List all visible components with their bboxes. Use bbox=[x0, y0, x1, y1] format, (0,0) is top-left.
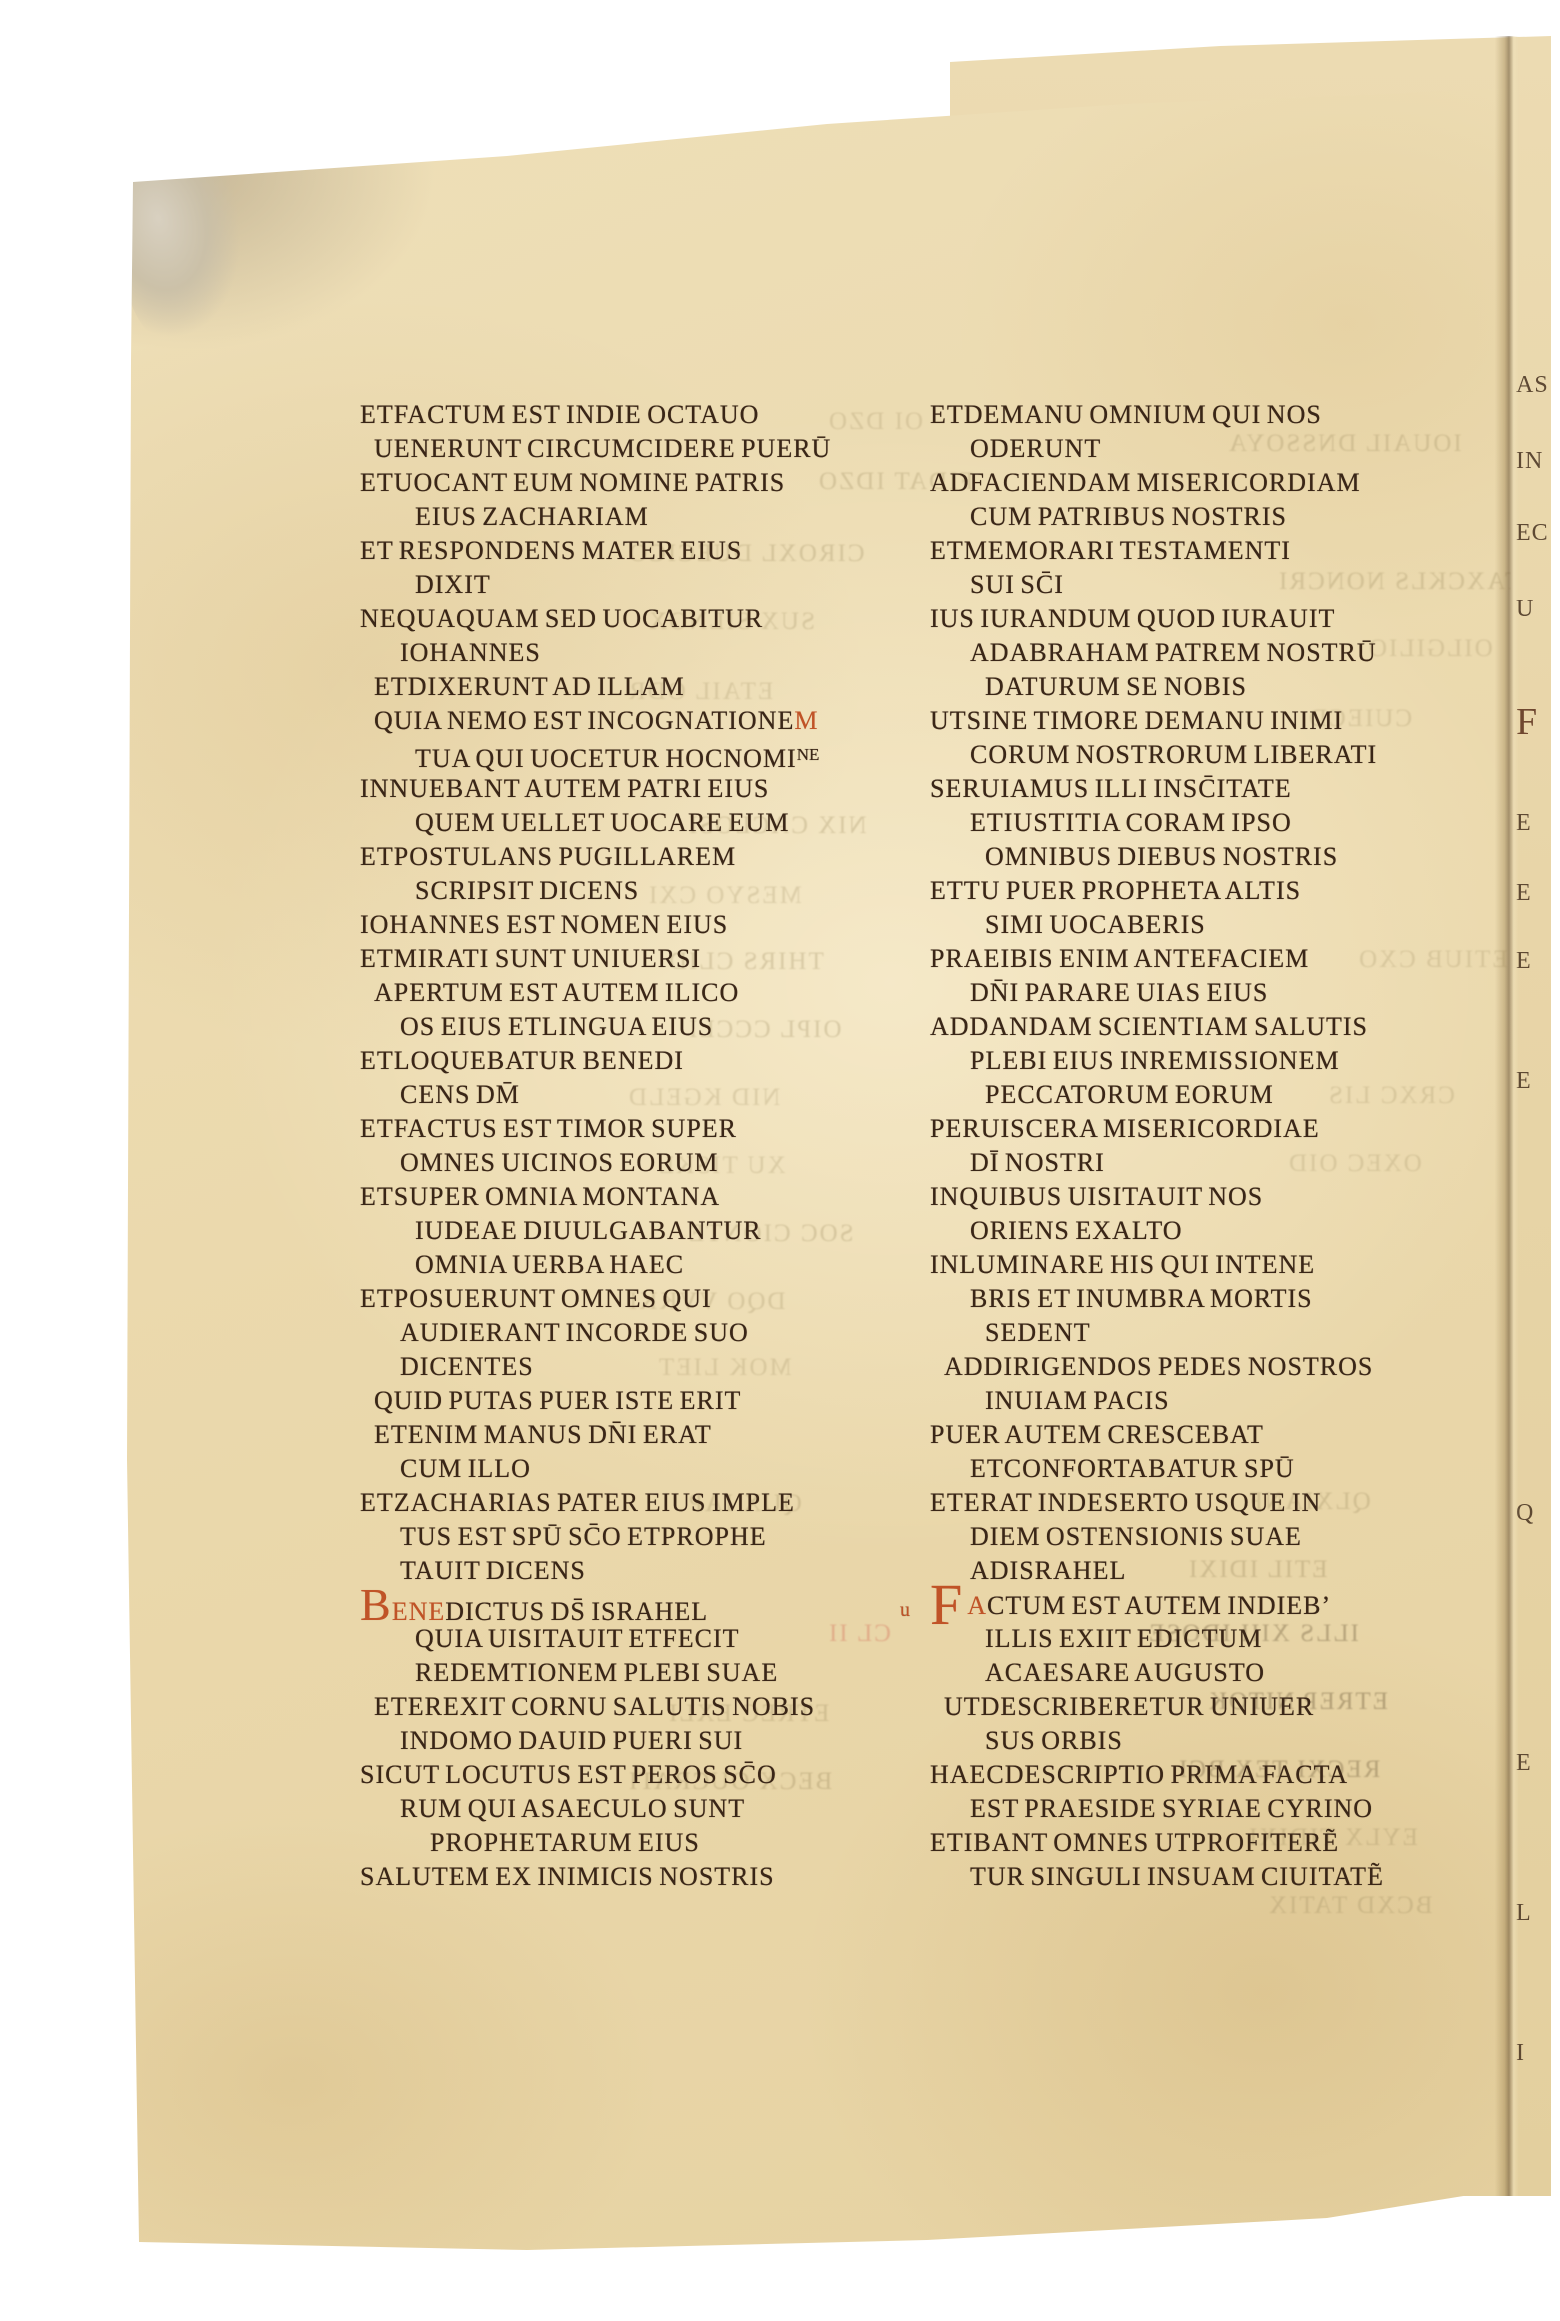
ink-text: ADDANDAM SCIENTIAM SALUTIS bbox=[930, 1012, 1368, 1041]
manuscript-line: QUEM UELLET UOCARE EUM bbox=[360, 806, 920, 840]
manuscript-line: ETZACHARIAS PATER EIUS IMPLE bbox=[360, 1486, 920, 1520]
manuscript-line: ETIBANT OMNES UTPROFITERẼ bbox=[930, 1826, 1490, 1860]
manuscript-line: DĪ NOSTRI bbox=[930, 1146, 1490, 1180]
ink-text: ETIBANT OMNES UTPROFITERẼ bbox=[930, 1828, 1339, 1857]
ink-text: ORIENS EXALTO bbox=[970, 1216, 1183, 1245]
manuscript-line: ETFACTUS EST TIMOR SUPER bbox=[360, 1112, 920, 1146]
ink-text: SEDENT bbox=[985, 1318, 1091, 1347]
manuscript-line: IUDEAE DIUULGABANTUR bbox=[360, 1214, 920, 1248]
manuscript-line: OMNIA UERBA HAEC bbox=[360, 1248, 920, 1282]
manuscript-line: NEQUAQUAM SED UOCABITUR bbox=[360, 602, 920, 636]
manuscript-page: ETFACTUM EST INDIE OCTAUOUENERUNT CIRCUM… bbox=[127, 60, 1513, 2256]
ink-text: OMNIBUS DIEBUS NOSTRIS bbox=[985, 842, 1338, 871]
ink-text: QUEM UELLET UOCARE EUM bbox=[415, 808, 789, 837]
ink-text: ETTU PUER PROPHETA ALTIS bbox=[930, 876, 1301, 905]
manuscript-line: PUER AUTEM CRESCEBAT bbox=[930, 1418, 1490, 1452]
ink-text: SIMI UOCABERIS bbox=[985, 910, 1206, 939]
manuscript-line: ADFACIENDAM MISERICORDIAM bbox=[930, 466, 1490, 500]
manuscript-line: TAUIT DICENS bbox=[360, 1554, 920, 1588]
ink-text: CORUM NOSTRORUM LIBERATI bbox=[970, 740, 1377, 769]
manuscript-line: REDEMTIONEM PLEBI SUAE bbox=[360, 1656, 920, 1690]
manuscript-line: AUDIERANT INCORDE SUO bbox=[360, 1316, 920, 1350]
manuscript-line: PERUISCERA MISERICORDIAE bbox=[930, 1112, 1490, 1146]
manuscript-line: INNUEBANT AUTEM PATRI EIUS bbox=[360, 772, 920, 806]
manuscript-line: ADISRAHEL bbox=[930, 1554, 1490, 1588]
manuscript-line: ETERAT INDESERTO USQUE IN bbox=[930, 1486, 1490, 1520]
manuscript-line: EST PRAESIDE SYRIAE CYRINO bbox=[930, 1792, 1490, 1826]
ink-text: PUER AUTEM CRESCEBAT bbox=[930, 1420, 1264, 1449]
manuscript-line: SERUIAMUS ILLI INSC̄ITATE bbox=[930, 772, 1490, 806]
manuscript-line: ADABRAHAM PATREM NOSTRŪ bbox=[930, 636, 1490, 670]
manuscript-line: SCRIPSIT DICENS bbox=[360, 874, 920, 908]
manuscript-line: IOHANNES EST NOMEN EIUS bbox=[360, 908, 920, 942]
ink-text: ETEREXIT CORNU SALUTIS NOBIS bbox=[374, 1692, 815, 1721]
manuscript-line: ETLOQUEBATUR BENEDI bbox=[360, 1044, 920, 1078]
ink-text: PECCATORUM EORUM bbox=[985, 1080, 1274, 1109]
ink-text: SALUTEM EX INIMICIS NOSTRIS bbox=[360, 1862, 775, 1891]
ink-text: NE bbox=[797, 745, 820, 764]
ink-text: ETSUPER OMNIA MONTANA bbox=[360, 1182, 720, 1211]
ink-text: ETLOQUEBATUR BENEDI bbox=[360, 1046, 684, 1075]
manuscript-line: ILLIS EXIIT EDICTUM bbox=[930, 1622, 1490, 1656]
ink-text: IUDEAE DIUULGABANTUR bbox=[415, 1216, 762, 1245]
manuscript-line: DN̄I PARARE UIAS EIUS bbox=[930, 976, 1490, 1010]
manuscript-line: QUID PUTAS PUER ISTE ERIT bbox=[360, 1384, 920, 1418]
manuscript-line: INDOMO DAUID PUERI SUI bbox=[360, 1724, 920, 1758]
ink-text: ETFACTUM EST INDIE OCTAUO bbox=[360, 400, 759, 429]
manuscript-line: APERTUM EST AUTEM ILICO bbox=[360, 976, 920, 1010]
ink-text: UTSINE TIMORE DEMANU INIMI bbox=[930, 706, 1343, 735]
manuscript-line: uFACTUM EST AUTEM INDIEB’ bbox=[930, 1588, 1490, 1622]
ink-text: PERUISCERA MISERICORDIAE bbox=[930, 1114, 1320, 1143]
manuscript-line: ETCONFORTABATUR SPŪ bbox=[930, 1452, 1490, 1486]
ink-text: INNUEBANT AUTEM PATRI EIUS bbox=[360, 774, 769, 803]
manuscript-line: RUM QUI ASAECULO SUNT bbox=[360, 1792, 920, 1826]
ink-text: SCRIPSIT DICENS bbox=[415, 876, 639, 905]
manuscript-line: ETDEMANU OMNIUM QUI NOS bbox=[930, 398, 1490, 432]
manuscript-line: PLEBI EIUS INREMISSIONEM bbox=[930, 1044, 1490, 1078]
ink-text: ETPOSTULANS PUGILLAREM bbox=[360, 842, 736, 871]
next-folio-letter: F bbox=[1516, 700, 1538, 744]
ink-text: ETFACTUS EST TIMOR SUPER bbox=[360, 1114, 737, 1143]
ink-text: CUM ILLO bbox=[400, 1454, 531, 1483]
manuscript-line: SUS ORBIS bbox=[930, 1724, 1490, 1758]
ink-text: CTUM EST AUTEM INDIEB’ bbox=[987, 1591, 1331, 1620]
ink-text: NEQUAQUAM SED UOCABITUR bbox=[360, 604, 763, 633]
ink-text: ETUOCANT EUM NOMINE PATRIS bbox=[360, 468, 785, 497]
ink-text: DIXIT bbox=[415, 570, 491, 599]
ink-text: ETIUSTITIA CORAM IPSO bbox=[970, 808, 1292, 837]
ink-text: QUIA UISITAUIT ETFECIT bbox=[415, 1624, 740, 1653]
ink-text: ADISRAHEL bbox=[970, 1556, 1126, 1585]
ink-text: UENERUNT CIRCUMCIDERE PUERŪ bbox=[374, 434, 831, 463]
ink-text: INQUIBUS UISITAUIT NOS bbox=[930, 1182, 1263, 1211]
ink-text: ETMEMORARI TESTAMENTI bbox=[930, 536, 1291, 565]
ink-text: SERUIAMUS ILLI INSC̄ITATE bbox=[930, 774, 1292, 803]
ink-text: ADDIRIGENDOS PEDES NOSTROS bbox=[944, 1352, 1373, 1381]
ink-text: ILLIS EXIIT EDICTUM bbox=[985, 1624, 1262, 1653]
ink-text: ETERAT INDESERTO USQUE IN bbox=[930, 1488, 1321, 1517]
next-folio-letter: EC bbox=[1516, 520, 1549, 547]
manuscript-line: ETIUSTITIA CORAM IPSO bbox=[930, 806, 1490, 840]
manuscript-line: PECCATORUM EORUM bbox=[930, 1078, 1490, 1112]
ink-text: QUID PUTAS PUER ISTE ERIT bbox=[374, 1386, 741, 1415]
manuscript-line: DICENTES bbox=[360, 1350, 920, 1384]
ink-text: APERTUM EST AUTEM ILICO bbox=[374, 978, 739, 1007]
manuscript-line: OMNIBUS DIEBUS NOSTRIS bbox=[930, 840, 1490, 874]
manuscript-line: CENS DM̄ bbox=[360, 1078, 920, 1112]
manuscript-line: SUI SC̄I bbox=[930, 568, 1490, 602]
ink-text: ETENIM MANUS DN̄I ERAT bbox=[374, 1420, 712, 1449]
ink-text: UTDESCRIBERETUR UNIUER bbox=[944, 1692, 1314, 1721]
manuscript-line: INLUMINARE HIS QUI INTENE bbox=[930, 1248, 1490, 1282]
ink-text: ETCONFORTABATUR SPŪ bbox=[970, 1454, 1295, 1483]
ink-text: ODERUNT bbox=[970, 434, 1101, 463]
manuscript-line: IOHANNES bbox=[360, 636, 920, 670]
manuscript-line: ODERUNT bbox=[930, 432, 1490, 466]
ink-text: DN̄I PARARE UIAS EIUS bbox=[970, 978, 1268, 1007]
manuscript-line: PROPHETARUM EIUS bbox=[360, 1826, 920, 1860]
ink-text: PROPHETARUM EIUS bbox=[430, 1828, 700, 1857]
manuscript-line: QUIA NEMO EST INCOGNATIONEM bbox=[360, 704, 920, 738]
ink-text: OS EIUS ETLINGUA EIUS bbox=[400, 1012, 713, 1041]
manuscript-line: SALUTEM EX INIMICIS NOSTRIS bbox=[360, 1860, 920, 1894]
manuscript-line: ETSUPER OMNIA MONTANA bbox=[360, 1180, 920, 1214]
ink-text: DATURUM SE NOBIS bbox=[985, 672, 1247, 701]
text-column-right: ETDEMANU OMNIUM QUI NOSODERUNTADFACIENDA… bbox=[930, 398, 1490, 1894]
ink-text: AUDIERANT INCORDE SUO bbox=[400, 1318, 749, 1347]
manuscript-line: PRAEIBIS ENIM ANTEFACIEM bbox=[930, 942, 1490, 976]
ink-text: TUS EST SPŪ SC̄O ETPROPHE bbox=[400, 1522, 767, 1551]
ink-text: ETMIRATI SUNT UNIUERSI bbox=[360, 944, 701, 973]
ink-text: ADFACIENDAM MISERICORDIAM bbox=[930, 468, 1361, 497]
manuscript-line: DIXIT bbox=[360, 568, 920, 602]
manuscript-line: BENEDICTUS DS̄ ISRAHEL bbox=[360, 1588, 920, 1622]
ink-text: SICUT LOCUTUS EST PEROS SC̄O bbox=[360, 1760, 777, 1789]
ink-text: TUR SINGULI INSUAM CIUITATẼ bbox=[970, 1862, 1384, 1891]
manuscript-line: ETEREXIT CORNU SALUTIS NOBIS bbox=[360, 1690, 920, 1724]
ink-text: DICENTES bbox=[400, 1352, 534, 1381]
manuscript-line: OS EIUS ETLINGUA EIUS bbox=[360, 1010, 920, 1044]
ink-text: ET RESPONDENS MATER EIUS bbox=[360, 536, 742, 565]
ink-text: QUIA NEMO EST INCOGNATIONE bbox=[374, 706, 794, 735]
ink-text: PRAEIBIS ENIM ANTEFACIEM bbox=[930, 944, 1309, 973]
manuscript-line: ETMEMORARI TESTAMENTI bbox=[930, 534, 1490, 568]
manuscript-line: UENERUNT CIRCUMCIDERE PUERŪ bbox=[360, 432, 920, 466]
manuscript-line: ETPOSTULANS PUGILLAREM bbox=[360, 840, 920, 874]
manuscript-line: DATURUM SE NOBIS bbox=[930, 670, 1490, 704]
manuscript-photo: { "manuscript": { "description_visible_s… bbox=[0, 0, 1560, 2321]
manuscript-line: ETTU PUER PROPHETA ALTIS bbox=[930, 874, 1490, 908]
ink-text: INUIAM PACIS bbox=[985, 1386, 1170, 1415]
rubric-initial: A bbox=[967, 1591, 987, 1620]
manuscript-line: DIEM OSTENSIONIS SUAE bbox=[930, 1520, 1490, 1554]
ink-text: DIEM OSTENSIONIS SUAE bbox=[970, 1522, 1302, 1551]
manuscript-line: ADDANDAM SCIENTIAM SALUTIS bbox=[930, 1010, 1490, 1044]
ink-text: REDEMTIONEM PLEBI SUAE bbox=[415, 1658, 778, 1687]
manuscript-line: EIUS ZACHARIAM bbox=[360, 500, 920, 534]
manuscript-line: TUS EST SPŪ SC̄O ETPROPHE bbox=[360, 1520, 920, 1554]
manuscript-line: CORUM NOSTRORUM LIBERATI bbox=[930, 738, 1490, 772]
manuscript-line: ACAESARE AUGUSTO bbox=[930, 1656, 1490, 1690]
manuscript-line: BRIS ET INUMBRA MORTIS bbox=[930, 1282, 1490, 1316]
manuscript-line: SICUT LOCUTUS EST PEROS SC̄O bbox=[360, 1758, 920, 1792]
ink-text: CUM PATRIBUS NOSTRIS bbox=[970, 502, 1287, 531]
manuscript-line: IUS IURANDUM QUOD IURAUIT bbox=[930, 602, 1490, 636]
rubric-initial: M bbox=[794, 706, 818, 735]
manuscript-line: HAECDESCRIPTIO PRIMA FACTA bbox=[930, 1758, 1490, 1792]
manuscript-line: ET RESPONDENS MATER EIUS bbox=[360, 534, 920, 568]
manuscript-line: TUR SINGULI INSUAM CIUITATẼ bbox=[930, 1860, 1490, 1894]
manuscript-line: TUA QUI UOCETUR HOCNOMINE bbox=[360, 738, 920, 772]
manuscript-line: ETENIM MANUS DN̄I ERAT bbox=[360, 1418, 920, 1452]
showthrough-text: BCXD TATIX bbox=[1267, 1892, 1432, 1920]
manuscript-line: ETDIXERUNT AD ILLAM bbox=[360, 670, 920, 704]
next-folio-letter: AS bbox=[1516, 372, 1549, 399]
ink-text: HAECDESCRIPTIO PRIMA FACTA bbox=[930, 1760, 1348, 1789]
manuscript-line: ADDIRIGENDOS PEDES NOSTROS bbox=[930, 1350, 1490, 1384]
manuscript-line: INQUIBUS UISITAUIT NOS bbox=[930, 1180, 1490, 1214]
ink-text: OMNIA UERBA HAEC bbox=[415, 1250, 684, 1279]
ink-text: ADABRAHAM PATREM NOSTRŪ bbox=[970, 638, 1377, 667]
next-folio-letter: IN bbox=[1516, 448, 1543, 475]
manuscript-line: CUM PATRIBUS NOSTRIS bbox=[930, 500, 1490, 534]
ink-text: IOHANNES bbox=[400, 638, 541, 667]
ink-text: INDOMO DAUID PUERI SUI bbox=[400, 1726, 743, 1755]
manuscript-line: UTSINE TIMORE DEMANU INIMI bbox=[930, 704, 1490, 738]
ink-text: CENS DM̄ bbox=[400, 1080, 520, 1109]
page-fold-shadow bbox=[1495, 36, 1519, 2196]
manuscript-line: OMNES UICINOS EORUM bbox=[360, 1146, 920, 1180]
manuscript-line: QUIA UISITAUIT ETFECIT bbox=[360, 1622, 920, 1656]
manuscript-line: CUM ILLO bbox=[360, 1452, 920, 1486]
manuscript-line: UTDESCRIBERETUR UNIUER bbox=[930, 1690, 1490, 1724]
ink-text: INLUMINARE HIS QUI INTENE bbox=[930, 1250, 1315, 1279]
ink-text: EIUS ZACHARIAM bbox=[415, 502, 649, 531]
ink-text: ETPOSUERUNT OMNES QUI bbox=[360, 1284, 712, 1313]
manuscript-line: ETUOCANT EUM NOMINE PATRIS bbox=[360, 466, 920, 500]
ink-text: IOHANNES EST NOMEN EIUS bbox=[360, 910, 728, 939]
damaged-corner bbox=[99, 125, 289, 362]
ink-text: TUA QUI UOCETUR HOCNOMI bbox=[415, 744, 797, 773]
ink-text: ETDEMANU OMNIUM QUI NOS bbox=[930, 400, 1322, 429]
ink-text: EST PRAESIDE SYRIAE CYRINO bbox=[970, 1794, 1373, 1823]
ink-text: SUS ORBIS bbox=[985, 1726, 1123, 1755]
ink-text: DĪ NOSTRI bbox=[970, 1148, 1105, 1177]
ink-text: ACAESARE AUGUSTO bbox=[985, 1658, 1265, 1687]
text-column-left: ETFACTUM EST INDIE OCTAUOUENERUNT CIRCUM… bbox=[360, 398, 920, 1894]
ink-text: IUS IURANDUM QUOD IURAUIT bbox=[930, 604, 1335, 633]
ink-text: PLEBI EIUS INREMISSIONEM bbox=[970, 1046, 1340, 1075]
ink-text: BRIS ET INUMBRA MORTIS bbox=[970, 1284, 1313, 1313]
ink-text: OMNES UICINOS EORUM bbox=[400, 1148, 718, 1177]
manuscript-line: ORIENS EXALTO bbox=[930, 1214, 1490, 1248]
manuscript-line: ETPOSUERUNT OMNES QUI bbox=[360, 1282, 920, 1316]
manuscript-line: INUIAM PACIS bbox=[930, 1384, 1490, 1418]
ink-text: ETDIXERUNT AD ILLAM bbox=[374, 672, 685, 701]
ink-text: ETZACHARIAS PATER EIUS IMPLE bbox=[360, 1488, 795, 1517]
manuscript-line: SEDENT bbox=[930, 1316, 1490, 1350]
ink-text: SUI SC̄I bbox=[970, 570, 1064, 599]
manuscript-line: ETFACTUM EST INDIE OCTAUO bbox=[360, 398, 920, 432]
manuscript-line: ETMIRATI SUNT UNIUERSI bbox=[360, 942, 920, 976]
rubric-gutter-mark: u bbox=[900, 1593, 911, 1627]
manuscript-line: SIMI UOCABERIS bbox=[930, 908, 1490, 942]
ink-text: RUM QUI ASAECULO SUNT bbox=[400, 1794, 745, 1823]
ink-text: TAUIT DICENS bbox=[400, 1556, 586, 1585]
